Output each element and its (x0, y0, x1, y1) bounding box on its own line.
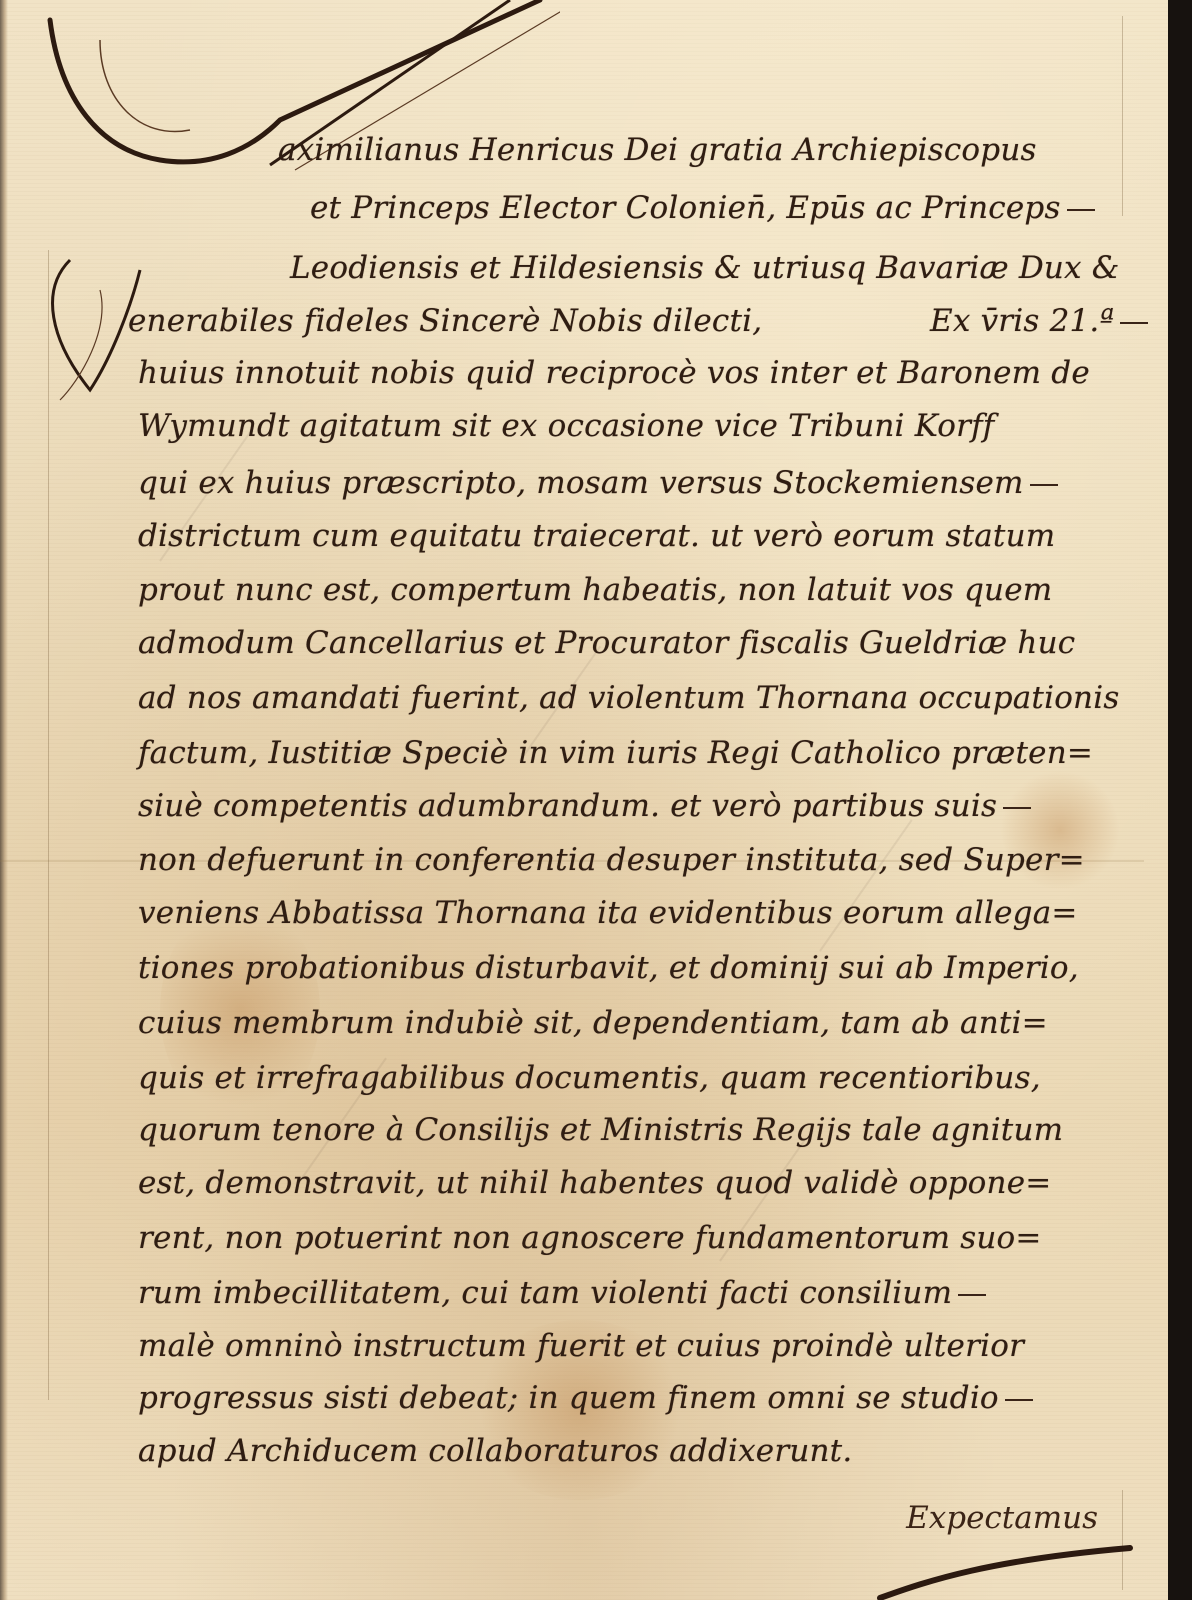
text-line-14: non defuerunt in conferentia desuper ins… (138, 842, 1085, 878)
line-filler-dash (958, 1294, 986, 1296)
text-line-22: rum imbecillitatem, cui tam violenti fac… (138, 1275, 986, 1311)
page-left-edge (0, 0, 8, 1600)
text-line-13-text: siuè competentis adumbrandum. et verò pa… (138, 788, 997, 824)
text-line-20: est, demonstravit, ut nihil habentes quo… (138, 1165, 1051, 1201)
letter-reference: Ex v̄ris 21.ª (930, 303, 1148, 339)
closing-flourish-icon (870, 1540, 1140, 1600)
text-line-7-text: qui ex huius præscripto, mosam versus St… (138, 465, 1024, 501)
manuscript-page: aximilianus Henricus Dei gratia Archiepi… (0, 0, 1168, 1600)
line-filler-dash (1003, 807, 1031, 809)
text-line-24: progressus sisti debeat; in quem finem o… (138, 1380, 1033, 1416)
text-line-2-text: et Princeps Elector Colonien̄, Epūs ac P… (310, 190, 1061, 226)
text-line-2: et Princeps Elector Colonien̄, Epūs ac P… (310, 190, 1095, 226)
text-line-18: quis et irrefragabilibus documentis, qua… (138, 1060, 1041, 1096)
text-line-7: qui ex huius præscripto, mosam versus St… (138, 465, 1058, 501)
left-margin-rule (48, 250, 49, 1400)
text-line-10: admodum Cancellarius et Procurator fisca… (138, 625, 1075, 661)
text-line-22-text: rum imbecillitatem, cui tam violenti fac… (138, 1275, 952, 1311)
line-filler-dash (1030, 484, 1058, 486)
scanner-edge (1168, 0, 1192, 1600)
salutation-line: enerabiles fideles Sincerè Nobis dilecti… (128, 303, 762, 339)
text-line-23: malè omninò instructum fuerit et cuius p… (138, 1328, 1024, 1364)
text-line-15: veniens Abbatissa Thornana ita evidentib… (138, 895, 1078, 931)
text-line-13: siuè competentis adumbrandum. et verò pa… (138, 788, 1031, 824)
text-line-12: factum, Iustitiæ Speciè in vim iuris Reg… (138, 735, 1093, 771)
text-line-25: apud Archiducem collaboraturos addixerun… (138, 1433, 852, 1469)
text-line-17: cuius membrum indubiè sit, dependentiam,… (138, 1005, 1048, 1041)
text-line-16: tiones probationibus disturbavit, et dom… (138, 950, 1079, 986)
text-line-1: aximilianus Henricus Dei gratia Archiepi… (278, 132, 1037, 168)
ink-bleed-through (819, 819, 912, 951)
letter-reference-text: Ex v̄ris 21.ª (930, 303, 1114, 339)
catchword: Expectamus (906, 1500, 1098, 1536)
text-line-3: Leodiensis et Hildesiensis & utriusq Bav… (290, 250, 1120, 286)
text-line-19: quorum tenore à Consilijs et Ministris R… (138, 1112, 1063, 1148)
text-line-8: districtum cum equitatu traiecerat. ut v… (138, 518, 1055, 554)
text-line-9: prout nunc est, compertum habeatis, non … (138, 572, 1052, 608)
text-line-6: Wymundt agitatum sit ex occasione vice T… (138, 408, 994, 444)
right-margin-rule (1122, 16, 1123, 216)
text-line-11: ad nos amandati fuerint, ad violentum Th… (138, 680, 1119, 716)
text-line-21: rent, non potuerint non agnoscere fundam… (138, 1220, 1042, 1256)
line-filler-dash (1067, 209, 1095, 211)
text-line-24-text: progressus sisti debeat; in quem finem o… (138, 1380, 999, 1416)
line-filler-dash (1005, 1399, 1033, 1401)
line-filler-dash (1120, 322, 1148, 324)
text-line-5: huius innotuit nobis quid reciprocè vos … (138, 355, 1090, 391)
